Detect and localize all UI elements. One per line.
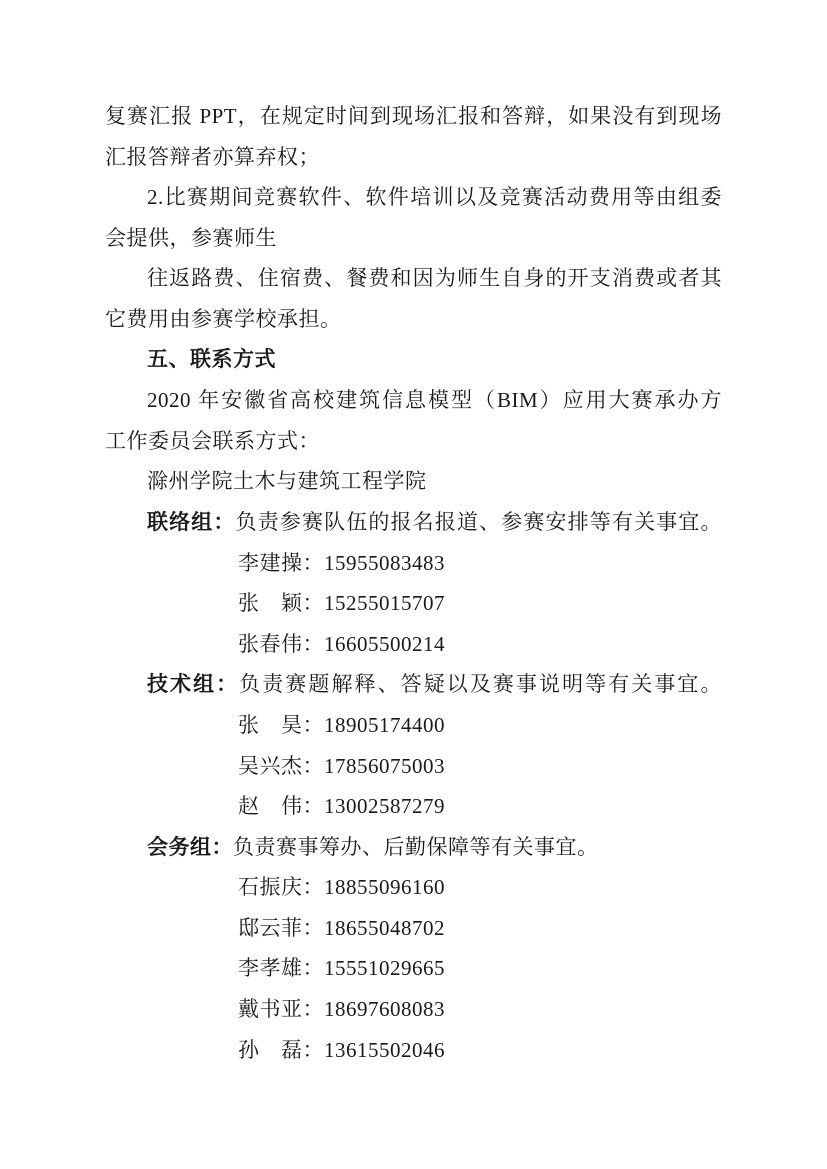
contact-line: 吴兴杰：17856075003 xyxy=(105,746,722,787)
contact-group-line: 技术组：负责赛题解释、答疑以及赛事说明等有关事宜。 xyxy=(105,664,722,705)
contact-name: 张春伟 xyxy=(238,632,303,656)
fullwidth-colon: ： xyxy=(303,591,325,615)
contact-name: 石振庆 xyxy=(238,875,303,899)
contact-line: 石振庆：18855096160 xyxy=(105,867,722,908)
contact-group-desc: 负责参赛队伍的报名报道、参赛安排等有关事宜。 xyxy=(236,510,722,534)
contact-line: 张 昊：18905174400 xyxy=(105,705,722,746)
fullwidth-colon: ： xyxy=(303,713,325,737)
contact-phone: 15955083483 xyxy=(324,551,445,575)
contact-name: 李孝雄 xyxy=(238,956,303,980)
contact-line: 张春伟：16605500214 xyxy=(105,624,722,665)
paragraph-line: 2020 年安徽省高校建筑信息模型（BIM）应用大赛承办方 xyxy=(105,380,722,421)
contact-phone: 18905174400 xyxy=(324,713,445,737)
contact-group-label: 会务组： xyxy=(147,836,233,859)
contact-group-desc: 负责赛事筹办、后勤保障等有关事宜。 xyxy=(233,835,599,859)
fullwidth-colon: ： xyxy=(303,956,325,980)
paragraph-line: 会提供，参赛师生 xyxy=(105,218,722,259)
paragraph-line: 工作委员会联系方式： xyxy=(105,421,722,462)
paragraph-line: 往返路费、住宿费、餐费和因为师生自身的开支消费或者其 xyxy=(105,258,722,299)
section-heading: 五、联系方式 xyxy=(105,340,722,381)
contact-phone: 13002587279 xyxy=(324,794,445,818)
contact-name: 李建操 xyxy=(238,551,303,575)
contact-phone: 13615502046 xyxy=(324,1038,445,1062)
contact-line: 赵 伟：13002587279 xyxy=(105,786,722,827)
contact-name: 吴兴杰 xyxy=(238,754,303,778)
contact-name: 张 颖 xyxy=(238,591,303,615)
contact-line: 邸云菲：18655048702 xyxy=(105,908,722,949)
organizer-line: 滁州学院土木与建筑工程学院 xyxy=(105,461,722,502)
fullwidth-colon: ： xyxy=(303,1038,325,1062)
document-body: 复赛汇报 PPT，在规定时间到现场汇报和答辩，如果没有到现场 汇报答辩者亦算弃权… xyxy=(105,96,722,1070)
contact-group-line: 联络组：负责参赛队伍的报名报道、参赛安排等有关事宜。 xyxy=(105,502,722,543)
contact-name: 孙 磊 xyxy=(238,1038,303,1062)
fullwidth-colon: ： xyxy=(303,551,325,575)
contact-line: 孙 磊：13615502046 xyxy=(105,1030,722,1071)
contact-line: 李孝雄：15551029665 xyxy=(105,948,722,989)
fullwidth-colon: ： xyxy=(303,632,325,656)
fullwidth-colon: ： xyxy=(303,754,325,778)
contact-phone: 18697608083 xyxy=(324,997,445,1021)
contact-name: 戴书亚 xyxy=(238,997,303,1021)
contact-name: 邸云菲 xyxy=(238,916,303,940)
paragraph-line: 它费用由参赛学校承担。 xyxy=(105,299,722,340)
contact-group-label: 技术组： xyxy=(147,673,239,696)
paragraph-line: 2.比赛期间竞赛软件、软件培训以及竞赛活动费用等由组委 xyxy=(105,177,722,218)
contact-group-line: 会务组：负责赛事筹办、后勤保障等有关事宜。 xyxy=(105,827,722,868)
contact-line: 李建操：15955083483 xyxy=(105,543,722,584)
contact-group-label: 联络组： xyxy=(147,511,236,534)
contact-name: 赵 伟 xyxy=(238,794,303,818)
contact-line: 戴书亚：18697608083 xyxy=(105,989,722,1030)
paragraph-line: 复赛汇报 PPT，在规定时间到现场汇报和答辩，如果没有到现场 xyxy=(105,96,722,137)
fullwidth-colon: ： xyxy=(303,875,325,899)
fullwidth-colon: ： xyxy=(303,794,325,818)
contact-line: 张 颖：15255015707 xyxy=(105,583,722,624)
contact-phone: 15255015707 xyxy=(324,591,445,615)
contact-phone: 16605500214 xyxy=(324,632,445,656)
fullwidth-colon: ： xyxy=(303,916,325,940)
fullwidth-colon: ： xyxy=(303,997,325,1021)
contact-phone: 15551029665 xyxy=(324,956,445,980)
contact-phone: 18655048702 xyxy=(324,916,445,940)
document-page: 复赛汇报 PPT，在规定时间到现场汇报和答辩，如果没有到现场 汇报答辩者亦算弃权… xyxy=(0,0,827,1169)
contact-phone: 18855096160 xyxy=(324,875,445,899)
paragraph-line: 汇报答辩者亦算弃权； xyxy=(105,137,722,178)
contact-name: 张 昊 xyxy=(238,713,303,737)
contact-group-desc: 负责赛题解释、答疑以及赛事说明等有关事宜。 xyxy=(239,672,722,696)
contact-phone: 17856075003 xyxy=(324,754,445,778)
